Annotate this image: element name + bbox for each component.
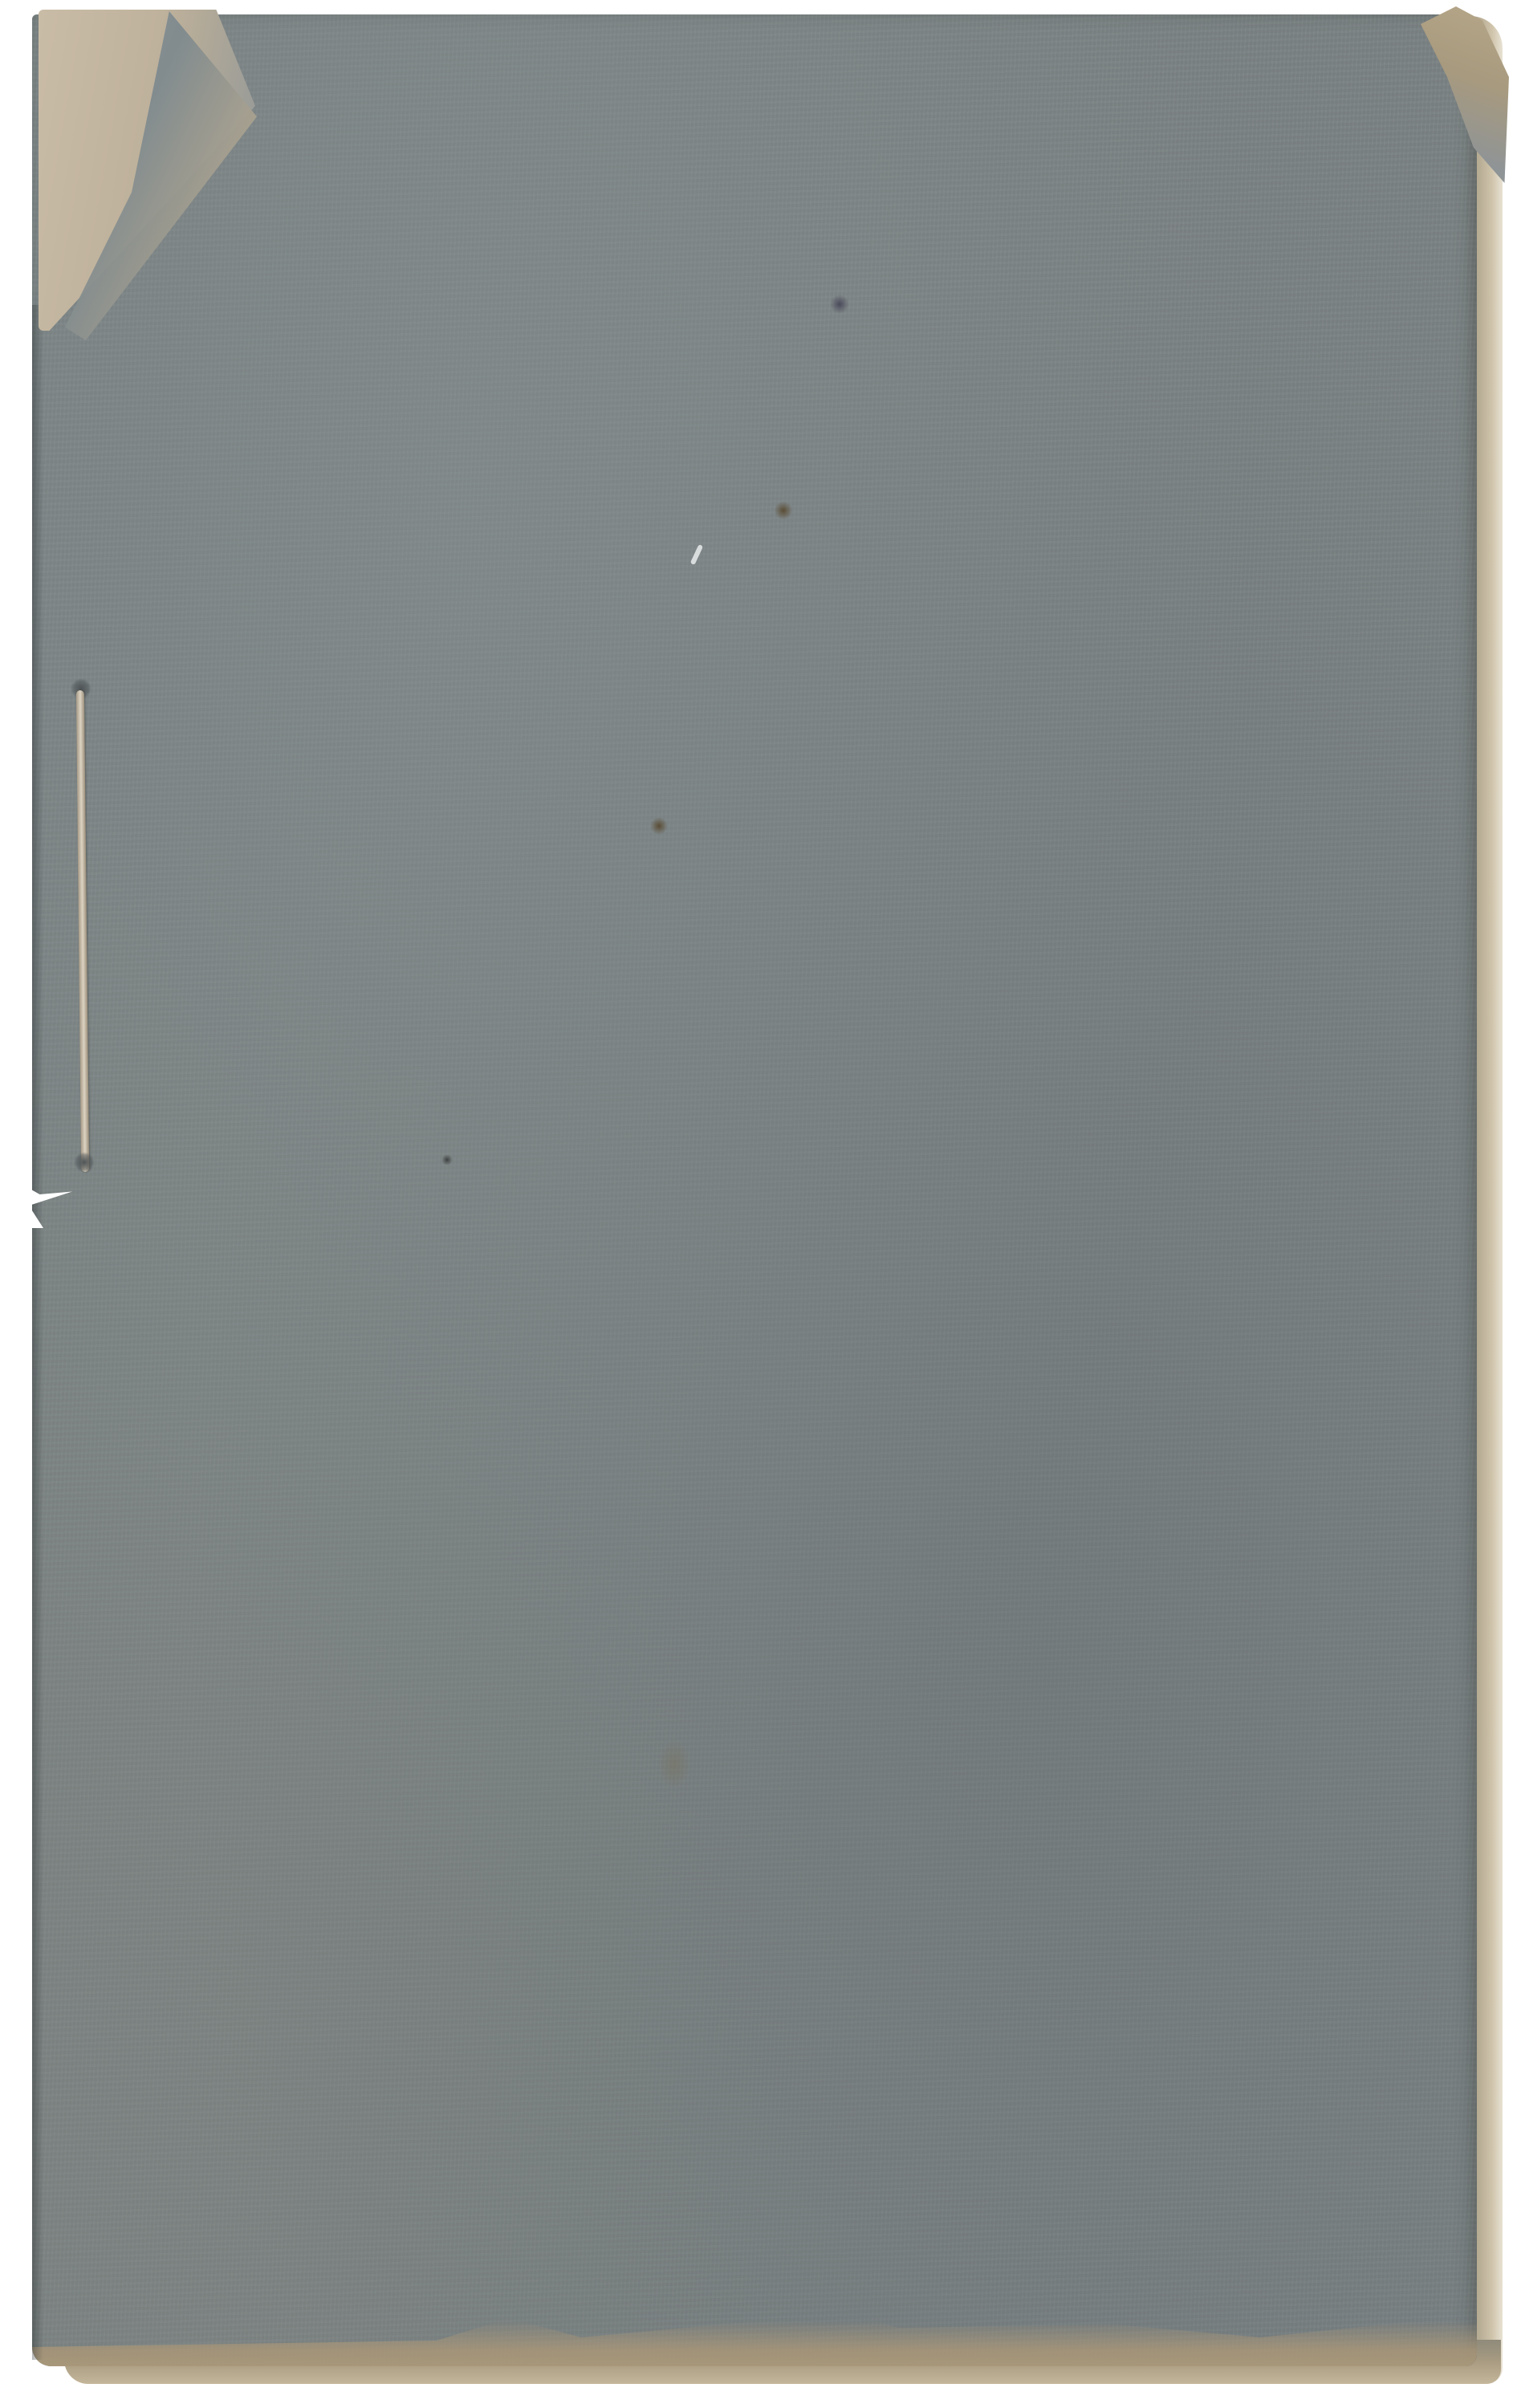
foxing-spot xyxy=(650,817,668,835)
foxing-spot xyxy=(831,294,848,315)
foxing-spot xyxy=(658,1740,690,1788)
spine-shadow xyxy=(32,305,43,2360)
pamphlet-cover xyxy=(32,14,1477,2366)
foxing-spot xyxy=(441,1154,453,1165)
paper-texture xyxy=(32,14,1477,2366)
stitch-hole-bottom xyxy=(74,1152,95,1173)
pamphlet-photo xyxy=(0,0,1525,2408)
foxing-spot xyxy=(775,501,792,520)
